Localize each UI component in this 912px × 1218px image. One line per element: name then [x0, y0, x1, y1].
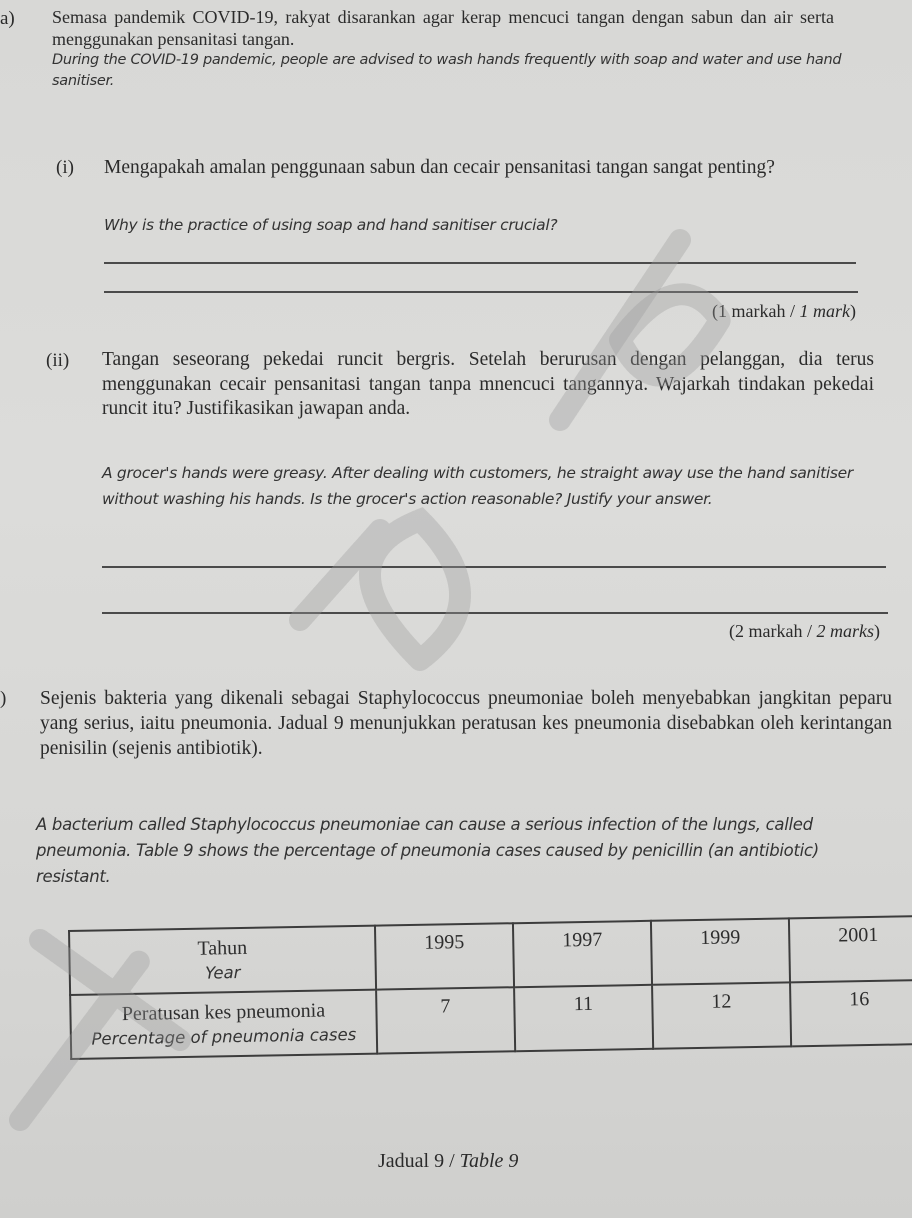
percentage-cell: 7 — [376, 987, 515, 1053]
marks-label-en: 2 marks — [817, 621, 875, 641]
question-b-intro-ms: Sejenis bakteria yang dikenali sebagai S… — [40, 686, 892, 761]
exam-page: a) Semasa pandemik COVID-19, rakyat disa… — [0, 0, 912, 1218]
row-header-percentage-en: Percentage of pneumonia cases — [76, 1023, 372, 1052]
part-i-answer-line-1[interactable] — [104, 262, 856, 264]
percentage-cell: 16 — [790, 980, 912, 1046]
year-cell: 2001 — [789, 916, 912, 982]
table-9: Tahun Year 1995 1997 1999 2001 Peratusan… — [68, 915, 912, 1060]
question-a-intro-ms: Semasa pandemik COVID-19, rakyat disaran… — [52, 6, 834, 50]
question-a-marker: a) — [0, 8, 15, 30]
part-ii-question-ms: Tangan seseorang pekedai runcit bergris.… — [102, 348, 874, 422]
part-ii-marker: (ii) — [46, 350, 69, 372]
table-row-percentage: Peratusan kes pneumonia Percentage of pn… — [70, 980, 912, 1059]
year-cell: 1997 — [513, 921, 652, 987]
marks-label-ms: (1 markah / — [712, 301, 799, 321]
part-i-question-ms: Mengapakah amalan penggunaan sabun dan c… — [104, 156, 852, 179]
table-9-caption: Jadual 9 / Table 9 — [378, 1150, 518, 1173]
part-ii-answer-line-2[interactable] — [102, 612, 888, 614]
question-b-intro-en: A bacterium called Staphylococcus pneumo… — [36, 812, 898, 890]
part-ii-question-en: A grocer's hands were greasy. After deal… — [102, 460, 882, 512]
row-header-year-en: Year — [75, 959, 371, 988]
part-ii-answer-line-1[interactable] — [102, 566, 886, 568]
percentage-cell: 11 — [514, 985, 653, 1051]
question-a-intro-en: During the COVID-19 pandemic, people are… — [52, 50, 852, 92]
marks-label-ms: (2 markah / — [729, 621, 816, 641]
part-i-answer-line-2[interactable] — [104, 291, 858, 293]
part-i-question-en: Why is the practice of using soap and ha… — [104, 214, 864, 237]
row-header-percentage: Peratusan kes pneumonia Percentage of pn… — [70, 990, 377, 1059]
question-b-marker: ) — [0, 688, 6, 710]
part-i-marker: (i) — [56, 157, 74, 179]
year-cell: 1995 — [375, 923, 514, 989]
percentage-cell: 12 — [652, 982, 791, 1048]
marks-label-en: 1 mark — [800, 301, 851, 321]
year-cell: 1999 — [651, 918, 790, 984]
part-i-marks: (1 markah / 1 mark) — [560, 301, 856, 322]
part-ii-marks: (2 markah / 2 marks) — [580, 621, 880, 642]
row-header-year: Tahun Year — [69, 926, 376, 995]
